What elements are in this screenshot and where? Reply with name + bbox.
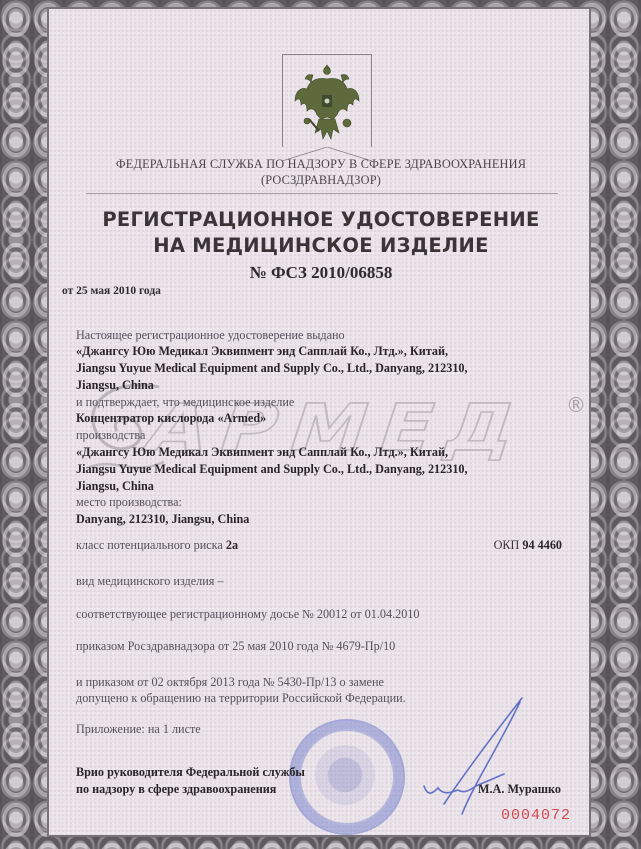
production-site: Danyang, 212310, Jiangsu, China	[76, 512, 249, 527]
seal-eagle-icon	[315, 745, 375, 805]
registered-mark: ®	[566, 393, 586, 417]
device-kind: вид медицинского изделия –	[76, 574, 224, 589]
confirms-label: и подтверждает, что медицинское изделие	[76, 395, 294, 410]
risk-class-label: класс потенциального риска	[76, 538, 223, 552]
applicant-location: Jiangsu, China	[76, 378, 154, 393]
double-headed-eagle-icon	[291, 61, 363, 149]
okp-label: ОКП	[494, 538, 520, 552]
certificate-subtitle: НА МЕДИЦИНСКОЕ ИЗДЕЛИЕ	[49, 234, 593, 257]
order-2: и приказом от 02 октября 2013 года № 543…	[76, 675, 384, 690]
manufacturer-name-en: Jiangsu Yuyue Medical Equipment and Supp…	[76, 462, 468, 477]
okp-value: 94 4460	[522, 538, 562, 552]
manufacturer-label: производства	[76, 428, 145, 443]
header-divider	[86, 193, 558, 194]
okp-code: ОКП 94 4460	[494, 538, 562, 553]
agency-name: ФЕДЕРАЛЬНАЯ СЛУЖБА ПО НАДЗОРУ В СФЕРЕ ЗД…	[49, 157, 593, 172]
risk-class-value: 2а	[226, 538, 238, 552]
risk-class: класс потенциального риска 2а	[76, 538, 238, 553]
order-1: приказом Росздравнадзора от 25 мая 2010 …	[76, 639, 395, 654]
serial-number: 0004072	[501, 807, 571, 824]
applicant-name-en: Jiangsu Yuyue Medical Equipment and Supp…	[76, 361, 468, 376]
certificate-page: ФЕДЕРАЛЬНАЯ СЛУЖБА ПО НАДЗОРУ В СФЕРЕ ЗД…	[47, 7, 591, 837]
certificate-title: РЕГИСТРАЦИОННОЕ УДОСТОВЕРЕНИЕ	[49, 208, 593, 231]
applicant-name-ru: «Джангсу Юю Медикал Эквипмент энд Саппла…	[76, 344, 448, 359]
signature-icon	[404, 694, 534, 824]
signatory-title-1: Врио руководителя Федеральной службы	[76, 765, 305, 780]
admission-statement: допущено к обращению на территории Росси…	[76, 691, 406, 706]
dossier-reference: соответствующее регистрационному досье №…	[76, 607, 420, 622]
registration-number: № ФСЗ 2010/06858	[49, 263, 593, 283]
agency-abbreviation: (РОСЗДРАВНАДЗОР)	[49, 173, 593, 188]
appendix-note: Приложение: на 1 листе	[76, 722, 201, 737]
coat-of-arms-frame	[282, 54, 372, 147]
signatory-title-2: по надзору в сфере здравоохранения	[76, 782, 276, 797]
production-site-label: место производства:	[76, 495, 182, 510]
manufacturer-name-ru: «Джангсу Юю Медикал Эквипмент энд Саппла…	[76, 445, 448, 460]
registration-date: от 25 мая 2010 года	[62, 285, 161, 297]
official-seal	[289, 719, 405, 835]
manufacturer-location: Jiangsu, China	[76, 479, 154, 494]
device-name: Концентратор кислорода «Armed»	[76, 411, 266, 426]
issued-to-label: Настоящее регистрационное удостоверение …	[76, 328, 345, 343]
